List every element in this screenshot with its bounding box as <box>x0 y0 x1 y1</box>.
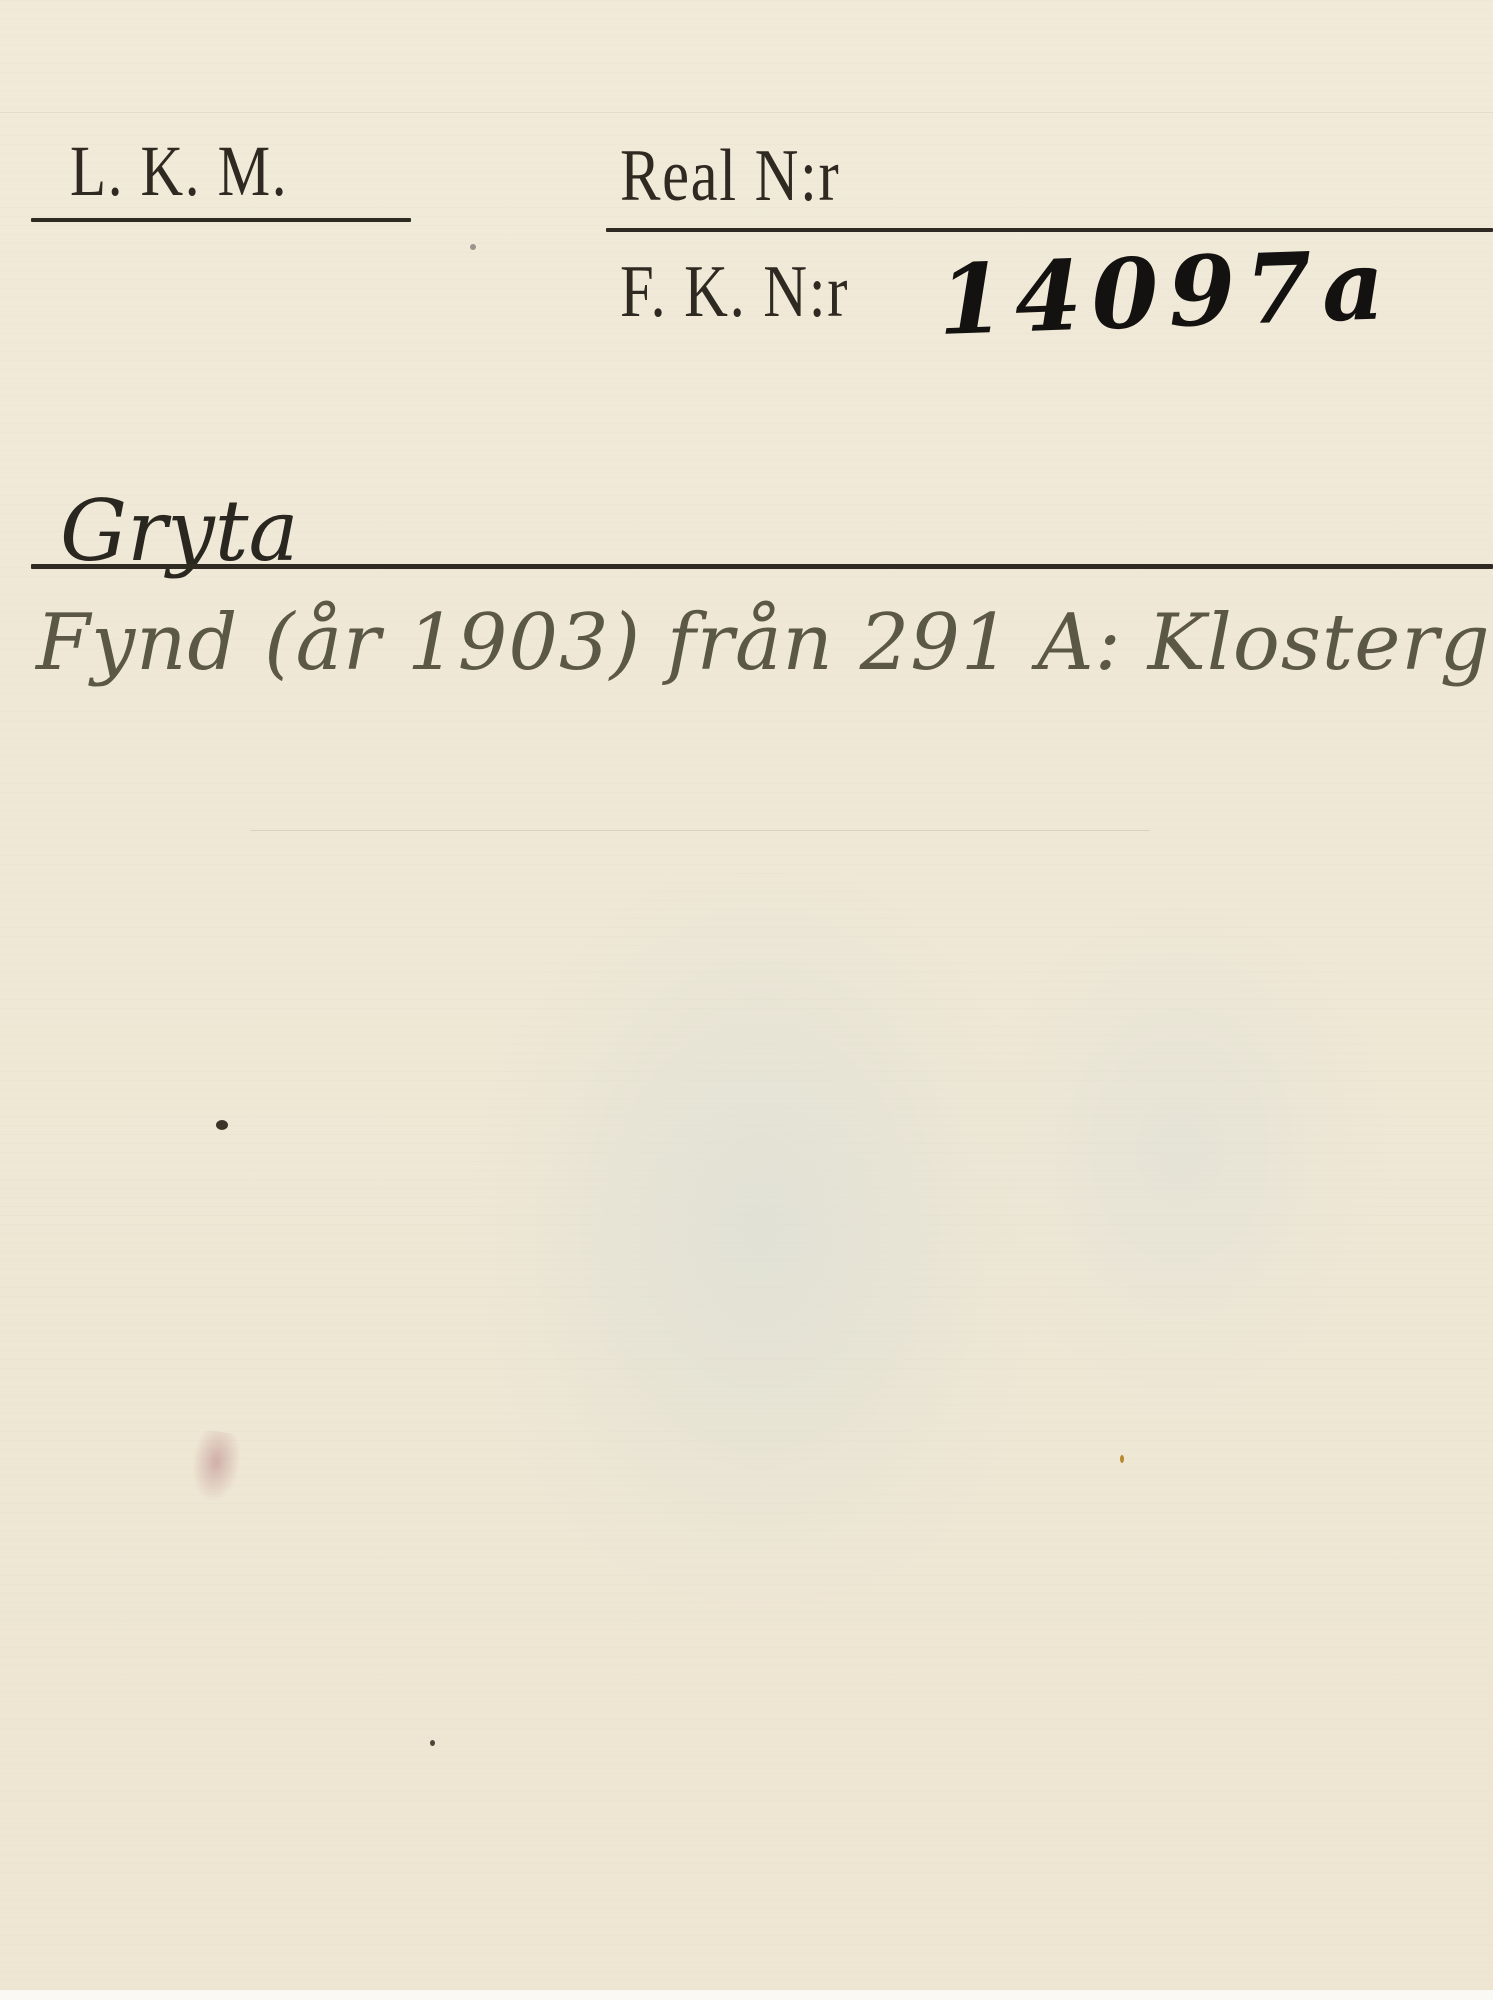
ink-speck <box>430 1740 435 1746</box>
fiber-speck <box>1120 1455 1124 1463</box>
fk-number-value: 14097a <box>936 228 1396 357</box>
fk-number-label: F. K. N:r <box>620 250 849 335</box>
card-bottom-edge <box>0 1990 1493 2000</box>
paper-crease <box>250 830 1150 831</box>
header-rule-left <box>31 218 411 222</box>
ink-speck <box>470 244 476 250</box>
object-name-rule <box>31 564 1493 569</box>
paper-crease <box>0 112 1493 113</box>
index-card: L. K. M. Real N:r F. K. N:r 14097a Gryta… <box>0 0 1493 1990</box>
ink-speck <box>216 1120 228 1130</box>
description-text: Fynd (år 1903) från 291 A: Klostergatan <box>36 598 1493 688</box>
red-stain <box>161 1426 246 1545</box>
institution-abbrev: L. K. M. <box>70 130 288 213</box>
real-number-label: Real N:r <box>620 134 840 219</box>
